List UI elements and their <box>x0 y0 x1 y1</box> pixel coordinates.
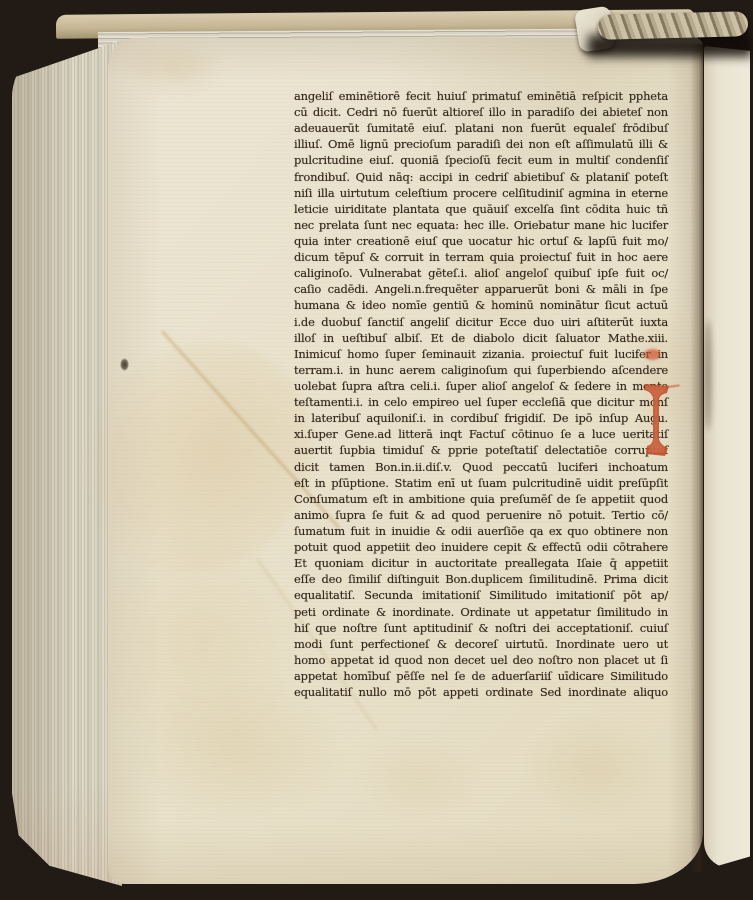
text-line: peti ordinate & inordinate. Ordinate ut … <box>294 604 668 620</box>
text-line: terram.i. in hunc aerem caliginoſum qui … <box>294 362 668 378</box>
text-line: modi ſunt perfectioneſ & decoreſ uirtutū… <box>294 636 668 652</box>
text-line: teſtamenti.i. in celo empireo uel ſuper … <box>294 394 668 410</box>
text-line: dicit tamen Bon.in.ii.diſ.v. Quod peccat… <box>294 459 668 475</box>
gutter-smudge <box>704 320 712 430</box>
text-line: appetat homībuſ pēſſe nel ſe de aduerſar… <box>294 668 668 684</box>
text-line: illiuſ. Omē lignū precioſum paradiſi dei… <box>294 136 668 152</box>
text-line: eſſe deo ſimiliſ diſtinguit Bon.duplicem… <box>294 571 668 587</box>
facing-page-edge <box>704 46 750 868</box>
text-line: auertit ſupbia timiduſ & pprie poteſtati… <box>294 442 668 458</box>
text-line: ſumatum fuit in inuidie & odii auerſiōe … <box>294 523 668 539</box>
text-line: equalitatiſ nullo mō pōt appeti ordinate… <box>294 684 668 700</box>
text-line: uolebat ſupra aſtra celi.i. ſuper alioſ … <box>294 378 668 394</box>
text-line: pulcritudine eiuſ. quoniā ſpecioſū fecit… <box>294 152 668 168</box>
text-line: Et quoniam dicitur in auctoritate preall… <box>294 555 668 571</box>
red-ink-smudge <box>644 349 661 360</box>
wormhole-spot <box>120 358 129 371</box>
latin-text-block: angeliſ eminētiorē fecit huiuſ primatuſ … <box>294 88 668 700</box>
photograph-of-open-book: angeliſ eminētiorē fecit huiuſ primatuſ … <box>0 0 753 900</box>
text-line: in lateribuſ aquiloniſ.i. in cordibuſ fr… <box>294 410 668 426</box>
text-line: dicum tēpuſ & corruit in terram quia pro… <box>294 249 668 265</box>
book-page: angeliſ eminētiorē fecit huiuſ primatuſ … <box>108 38 703 884</box>
text-line: quia inter creationē eiuſ que uocatur hi… <box>294 233 668 249</box>
sewn-endband <box>598 11 749 40</box>
text-line: angeliſ eminētiorē fecit huiuſ primatuſ … <box>294 88 668 104</box>
text-line: nec prelata ſunt nec equata: hec ille. O… <box>294 217 668 233</box>
stain <box>528 718 658 818</box>
rubricated-initial-I <box>642 382 672 458</box>
stain <box>358 738 478 818</box>
text-line: i.de duobuſ ſanctiſ angeliſ dicitur Ecce… <box>294 314 668 330</box>
text-line: humana & ideo nomīe gentiū & hominū nomi… <box>294 297 668 313</box>
text-line: frondibuſ. Quid nāq: accipi in cedriſ ab… <box>294 169 668 185</box>
rubric-initial-icon <box>642 382 672 458</box>
text-line: potuit quod appetiit deo inuidere cepit … <box>294 539 668 555</box>
text-line: Conſumatum eſt in ambitione quia preſumē… <box>294 491 668 507</box>
text-line: Inimicuſ homo ſuper ſeminauit zizania. p… <box>294 346 668 362</box>
text-line: cū dicit. Cedri nō fuerūt altioreſ illo … <box>294 104 668 120</box>
text-line: leticie uiriditate plantata que quāuiſ e… <box>294 201 668 217</box>
text-line: homo appetat id quod non decet uel deo n… <box>294 652 668 668</box>
text-line: eſt in pſūptione. Statim enī ut ſuam pul… <box>294 475 668 491</box>
text-line: caſio cadēdi. Angeli.n.frequēter apparue… <box>294 281 668 297</box>
stain <box>118 38 228 98</box>
text-line: niſi illa uirtutum celeſtium procere cel… <box>294 185 668 201</box>
text-line: hiſ que noſtre ſunt aptitudiniſ & noſtri… <box>294 620 668 636</box>
text-line: equalitatiſ. Secunda imitationiſ Similit… <box>294 587 668 603</box>
text-line: xi.ſuper Gene.ad litterā inqt Factuſ cōt… <box>294 426 668 442</box>
text-line: adeuauerūt ſumitatē eiuſ. platani non fu… <box>294 120 668 136</box>
text-line: animo ſupra ſe fuit & ad quod peruenire … <box>294 507 668 523</box>
text-line: caliginoſo. Vulnerabat gēteſ.i. alioſ an… <box>294 265 668 281</box>
text-line: illoſ in ueſtibuſ albiſ. Et de diabolo d… <box>294 330 668 346</box>
